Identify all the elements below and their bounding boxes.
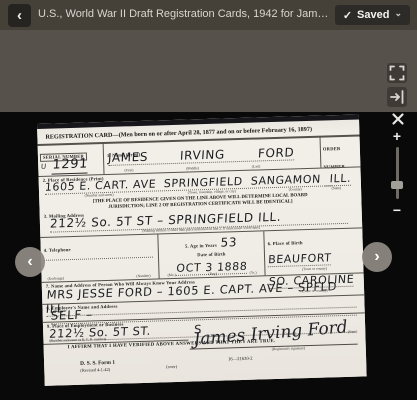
first-name: JAMES [108,150,149,165]
registration-card: REGISTRATION CARD—(Men born on or after … [37,114,367,385]
tools-icon [390,111,406,127]
signature-sublabel: (Registrant's signature) [272,346,305,351]
panel-collapse-icon [389,89,405,105]
sub-last: (Last) [252,164,261,169]
dob-label: Date of Birth [162,250,261,259]
back-button[interactable]: ‹ [8,4,31,27]
print-code: 16—21630-2 [228,356,253,363]
residence-city: SPRINGFIELD [164,175,244,190]
over-text: (over) [166,364,177,370]
last-name: FORD [257,145,294,160]
chevron-right-icon: › [374,248,379,265]
serial-prefix: U [41,163,47,171]
telephone-cell: 4. Telephone (Exchange) (Number) [40,234,158,281]
fullscreen-icon [389,65,405,81]
check-icon: ✓ [343,9,352,22]
residence-county: SANGAMON [251,173,322,188]
image-viewer: REGISTRATION CARD—(Men born on or after … [0,30,417,400]
form-number: D. S. S. Form 1 (Revised 4-1-42) [80,360,115,375]
record-viewer-page: ‹ U.S., World War II Draft Registration … [0,0,417,400]
sub-mo: (Mo.) [167,273,175,278]
name-value: JAMES IRVING FORD [108,145,294,166]
sub-first: (First) [124,168,133,173]
zoom-slider-track[interactable] [396,147,399,199]
age-value: 53 [220,235,237,250]
birthplace-label: 6. Place of Birth [268,240,303,246]
serial-number-value: U 1291 [41,152,89,172]
saved-button[interactable]: ✓ Saved ⌄ [335,5,410,25]
tools-button[interactable] [388,109,408,129]
middle-name: IRVING [180,147,226,162]
fullscreen-button[interactable] [387,63,407,83]
sub-number: (Number) [136,273,150,278]
row-serial-name-order: SERIAL NUMBER U 1291 1. Name (Print) JAM… [38,135,361,176]
plus-icon: + [393,128,401,144]
birthplace-cell: 6. Place of Birth BEAUFORT (Town or coun… [264,228,363,275]
zoom-slider-handle[interactable] [391,181,403,189]
chevron-down-icon: ⌄ [394,8,402,19]
residence-state: ILL. [329,172,351,186]
sub-exchange: (Exchange) [48,276,65,281]
age-label: 5. Age in Years [185,243,217,249]
minus-icon: − [393,202,401,218]
order-number-cell: ORDER NUMBER — [319,135,360,167]
telephone-label: 4. Telephone [44,247,71,253]
birth-town-value: BEAUFORT [268,251,332,267]
form-revision-text: (Revised 4-1-42) [80,367,110,373]
form-number-text: D. S. S. Form 1 [80,360,115,367]
next-image-button[interactable]: › [362,242,392,272]
serial-number-cell: SERIAL NUMBER U 1291 [38,143,105,176]
back-chevron-icon: ‹ [17,7,22,24]
page-title: U.S., World War II Draft Registration Ca… [38,8,328,20]
sub-county: (County) [271,187,320,193]
sub-yr: (Yr.) [250,270,257,275]
document-photo[interactable]: REGISTRATION CARD—(Men born on or after … [0,112,417,400]
zoom-in-button[interactable]: + [388,128,406,144]
sub-middle: (Middle) [186,166,199,171]
saved-label: Saved [357,9,389,21]
top-navigation-bar: ‹ U.S., World War II Draft Registration … [0,0,417,30]
age-dob-cell: 5. Age in Years 53 Date of Birth OCT 3 1… [157,231,265,278]
chevron-left-icon: ‹ [27,253,32,270]
side-panel-toggle-button[interactable] [387,87,407,107]
sub-state: (State) [320,186,353,191]
telephone-blank-line [44,257,153,261]
previous-image-button[interactable]: ‹ [15,247,45,277]
serial-digits: 1291 [52,156,88,174]
zoom-out-button[interactable]: − [388,202,406,218]
sub-day: (Day) [208,271,217,276]
